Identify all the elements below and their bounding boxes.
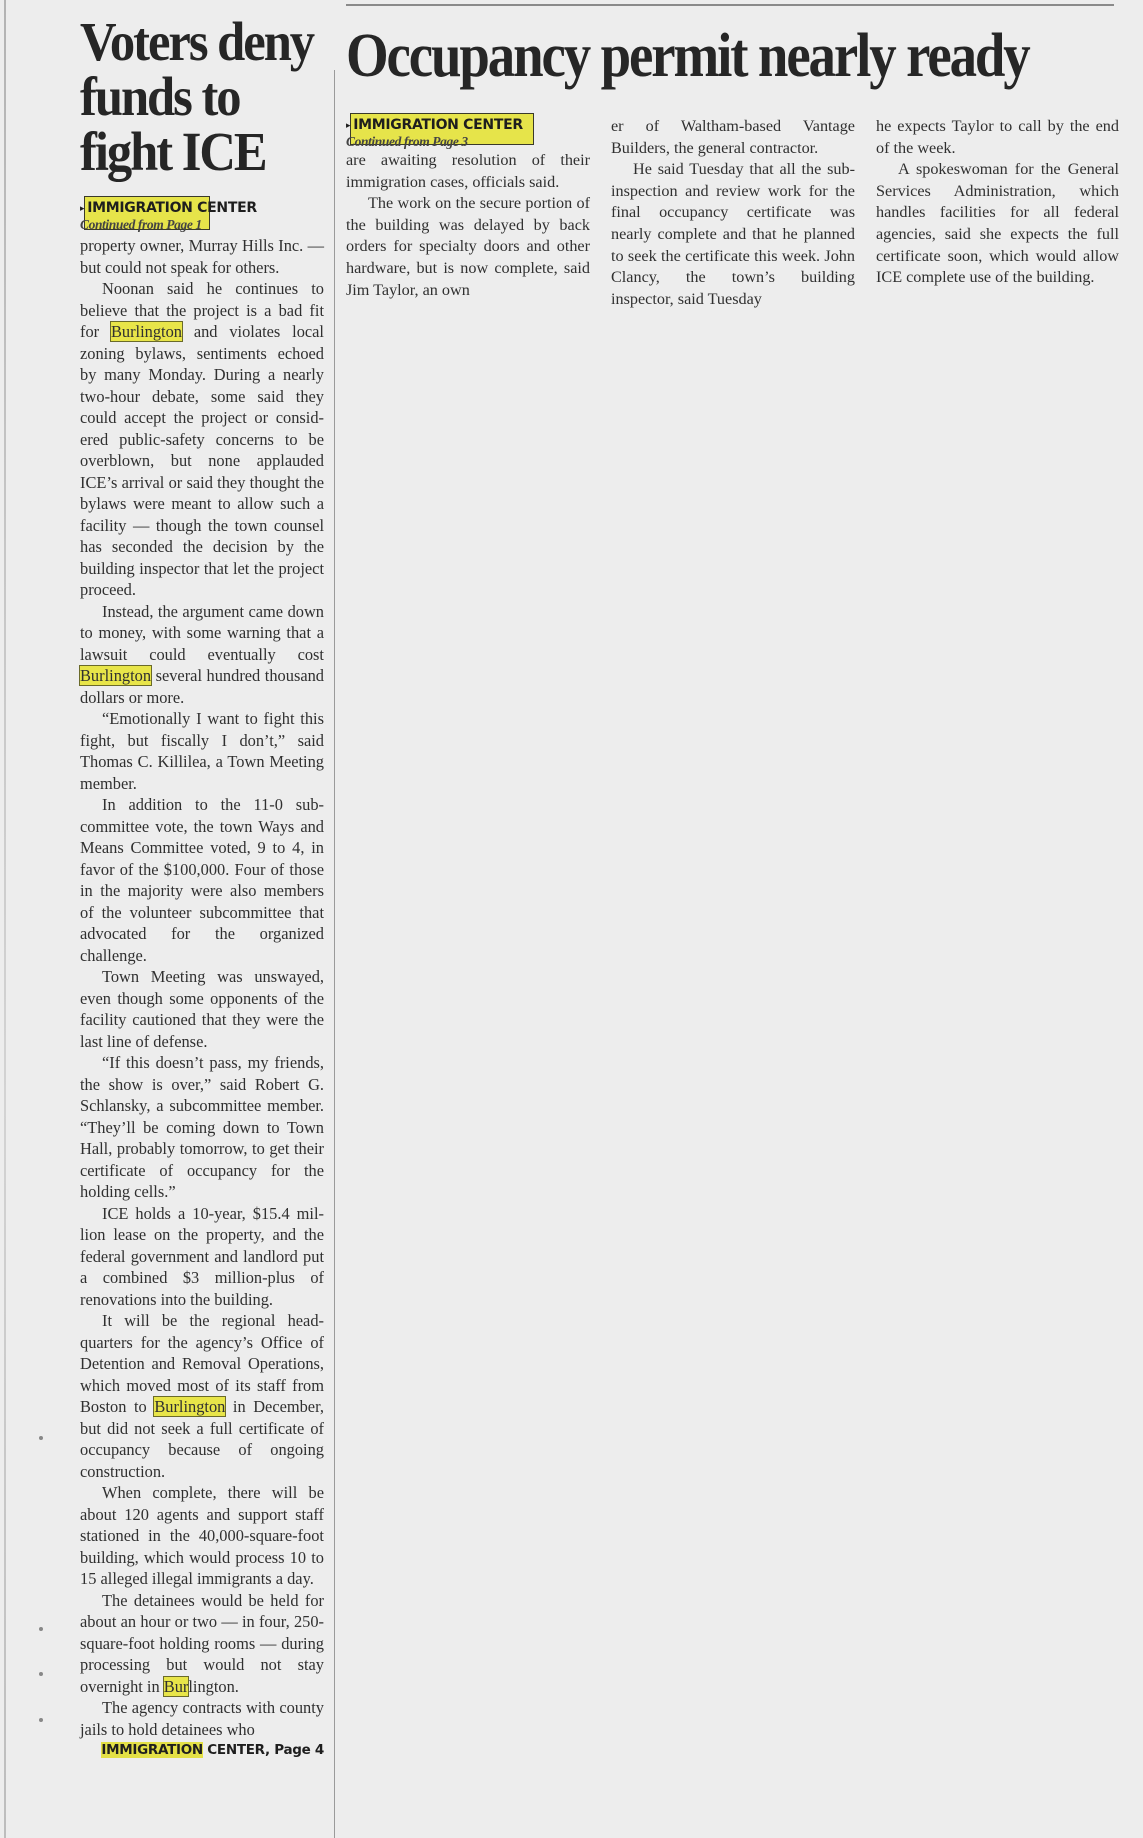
paragraph: Instead, the argument came down to money… <box>80 601 324 709</box>
left-kicker-block: ▸IMMIGRATION CENTER Continued from Page … <box>80 199 324 233</box>
paragraph: “Emotionally I want to fight this fight,… <box>80 708 324 794</box>
search-highlight[interactable]: Bur <box>164 1677 189 1696</box>
search-highlight[interactable]: Burlington <box>154 1397 225 1416</box>
paragraph: he expects Taylor to call by the end of … <box>876 116 1119 159</box>
jump-rest: CENTER, Page 4 <box>203 1742 324 1758</box>
right-headline: Occupancy permit nearly ready <box>346 20 1054 92</box>
right-column-2: er of Waltham-based Vantage Builders, th… <box>611 116 855 310</box>
newspaper-clipping: Voters deny funds to fight ICE ▸IMMIGRAT… <box>0 0 1143 1838</box>
search-highlight[interactable]: Burlington <box>80 666 151 685</box>
right-continued-line: Continued from Page 3 <box>346 135 590 149</box>
kicker-label: IMMIGRATION CENTER <box>353 117 523 133</box>
paragraph: In addition to the 11-0 sub­committee vo… <box>80 794 324 966</box>
scan-dot <box>39 1672 43 1676</box>
right-column-3: he expects Taylor to call by the end of … <box>876 116 1119 289</box>
column-rule <box>334 70 335 1838</box>
triangle-right-icon: ▸ <box>346 121 350 131</box>
jump-line[interactable]: IMMIGRATION CENTER, Page 4 <box>80 1742 324 1758</box>
paragraph: It will be the regional head­quarters fo… <box>80 1310 324 1482</box>
text-run: “If this doesn’t pass, my friends, the s… <box>80 1053 324 1201</box>
right-kicker: ▸IMMIGRATION CENTER <box>346 116 590 135</box>
search-highlight[interactable]: Burlington <box>111 322 182 341</box>
paragraph: A spokeswoman for the Gen­eral Services … <box>876 159 1119 289</box>
text-run: In addition to the 11-0 sub­committee vo… <box>80 795 324 965</box>
headline-line: Voters deny <box>80 14 328 69</box>
paragraph: He said Tuesday that all the sub-inspect… <box>611 159 855 310</box>
paragraph: When complete, there will be about 120 a… <box>80 1482 324 1590</box>
text-run: “Emotionally I want to fight this fight,… <box>80 709 324 793</box>
paragraph: Noonan said he continues to believe that… <box>80 278 324 601</box>
text-run: ­lington. <box>188 1677 239 1696</box>
scan-dot <box>39 1627 43 1631</box>
headline-line: fight ICE <box>80 124 328 179</box>
text-run: Instead, the argument came down to money… <box>80 602 324 664</box>
paragraph: “If this doesn’t pass, my friends, the s… <box>80 1052 324 1203</box>
paragraph: Town Meeting was unswayed, even though s… <box>80 966 324 1052</box>
scan-edge-line <box>4 0 6 1838</box>
text-run: The agency contracts with county jails t… <box>80 1698 324 1739</box>
text-run: ICE holds a 10-year, $15.4 mil­lion leas… <box>80 1204 324 1309</box>
text-run: and violates local zoning bylaws, sentim… <box>80 322 324 599</box>
left-headline: Voters deny funds to fight ICE <box>80 14 328 179</box>
text-run: Town Meeting was unswayed, even though s… <box>80 967 324 1051</box>
paragraph: are awaiting resolution of their immigra… <box>346 150 590 193</box>
headline-line: funds to <box>80 69 328 124</box>
right-kicker-block: ▸IMMIGRATION CENTER Continued from Page … <box>346 116 590 150</box>
paragraph: ICE holds a 10-year, $15.4 mil­lion leas… <box>80 1203 324 1311</box>
triangle-right-icon: ▸ <box>80 204 84 214</box>
right-col-2-body: er of Waltham-based Vantage Builders, th… <box>611 116 855 310</box>
text-run: property owner, Murray Hills Inc. — but … <box>80 236 324 277</box>
text-run: When complete, there will be about 120 a… <box>80 1483 324 1588</box>
right-column-1: ▸IMMIGRATION CENTER Continued from Page … <box>346 116 590 301</box>
kicker-label: IMMIGRATION CENTER <box>87 200 257 216</box>
paragraph: The agency contracts with county jails t… <box>80 1697 324 1740</box>
top-rule <box>346 4 1114 6</box>
left-continued-line: Continued from Page 1 <box>80 218 324 232</box>
paragraph: The detainees would be held for about an… <box>80 1590 324 1698</box>
right-col-3-body: he expects Taylor to call by the end of … <box>876 116 1119 289</box>
scan-dot <box>39 1436 43 1440</box>
right-col-1-body: are awaiting resolution of their immigra… <box>346 150 590 301</box>
left-kicker: ▸IMMIGRATION CENTER <box>80 199 324 218</box>
jump-highlight: IMMIGRATION <box>101 1742 203 1758</box>
paragraph: The work on the secure portion of the bu… <box>346 193 590 301</box>
paragraph: er of Waltham-based Vantage Builders, th… <box>611 116 855 159</box>
left-story: Voters deny funds to fight ICE ▸IMMIGRAT… <box>80 14 324 1758</box>
scan-dot <box>39 1718 43 1722</box>
left-story-body: property owner, Murray Hills Inc. — but … <box>80 235 324 1740</box>
paragraph: property owner, Murray Hills Inc. — but … <box>80 235 324 278</box>
